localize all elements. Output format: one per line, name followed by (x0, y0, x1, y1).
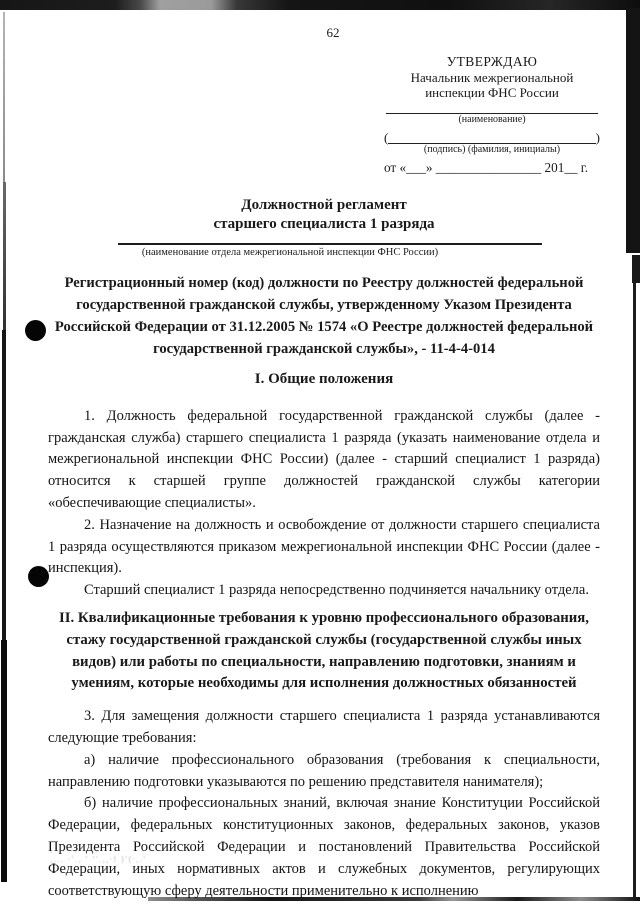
scan-edge-right (626, 8, 640, 253)
faint-footer-line2: ,... ·'., ' ''.,,·! )'(·,.' (50, 855, 250, 865)
section-1-body: 1. Должность федеральной государственной… (48, 406, 600, 602)
signature-fill-line: ( ) (384, 131, 600, 144)
scan-edge-left (1, 640, 7, 882)
paragraph-2-continued: Старший специалист 1 разряда непосредств… (48, 580, 600, 602)
approver-title-line2: инспекции ФНС России (384, 85, 600, 101)
scan-edge-right (633, 283, 636, 899)
faint-footer-line1: , . ''·, ' ';, (50, 845, 250, 855)
name-fill-line (386, 101, 598, 114)
name-caption: (наименование) (384, 114, 600, 126)
faint-footer-stamp: , . ''·, ' ';, ,... ·'., ' ''.,,·! )'(·,… (50, 845, 250, 865)
title-underline (118, 243, 542, 245)
page-number: 62 (57, 25, 609, 41)
section-1-heading: I. Общие положения (48, 369, 600, 391)
scan-edge-top (0, 0, 640, 10)
paragraph-1: 1. Должность федеральной государственной… (48, 406, 600, 515)
scan-edge-right (632, 255, 640, 283)
registration-number-paragraph: Регистрационный номер (код) должности по… (48, 272, 600, 360)
approver-title-line1: Начальник межрегиональной (384, 70, 600, 86)
signature-caption: (подпись) (фамилия, инициалы) (384, 144, 600, 156)
approval-word: УТВЕРЖДАЮ (384, 54, 600, 70)
section-2-body: 3. Для замещения должности старшего спец… (48, 706, 600, 902)
scan-edge-left (3, 12, 5, 182)
document-title: Должностной регламент старшего специалис… (48, 196, 600, 234)
approval-block: УТВЕРЖДАЮ Начальник межрегиональной инсп… (384, 54, 600, 175)
scan-edge-left (2, 330, 6, 640)
section-2-heading: II. Квалификационные требования к уровню… (48, 608, 600, 695)
punch-hole-mark (25, 320, 46, 341)
punch-hole-mark (28, 566, 49, 587)
scan-edge-left (3, 182, 6, 330)
paragraph-3a: а) наличие профессионального образования… (48, 750, 600, 794)
signature-line (388, 132, 595, 144)
title-caption: (наименование отдела межрегиональной инс… (14, 247, 566, 259)
scanned-document-page: 62 УТВЕРЖДАЮ Начальник межрегиональной и… (0, 0, 640, 905)
document-content: 62 УТВЕРЖДАЮ Начальник межрегиональной и… (48, 20, 600, 902)
approval-date-line: от «___» ________________ 201__ г. (384, 160, 600, 176)
document-title-line2: старшего специалиста 1 разряда (48, 215, 600, 234)
paragraph-3: 3. Для замещения должности старшего спец… (48, 706, 600, 750)
document-title-line1: Должностной регламент (48, 196, 600, 215)
paragraph-2: 2. Назначение на должность и освобождени… (48, 515, 600, 580)
paren-close: ) (596, 131, 600, 144)
